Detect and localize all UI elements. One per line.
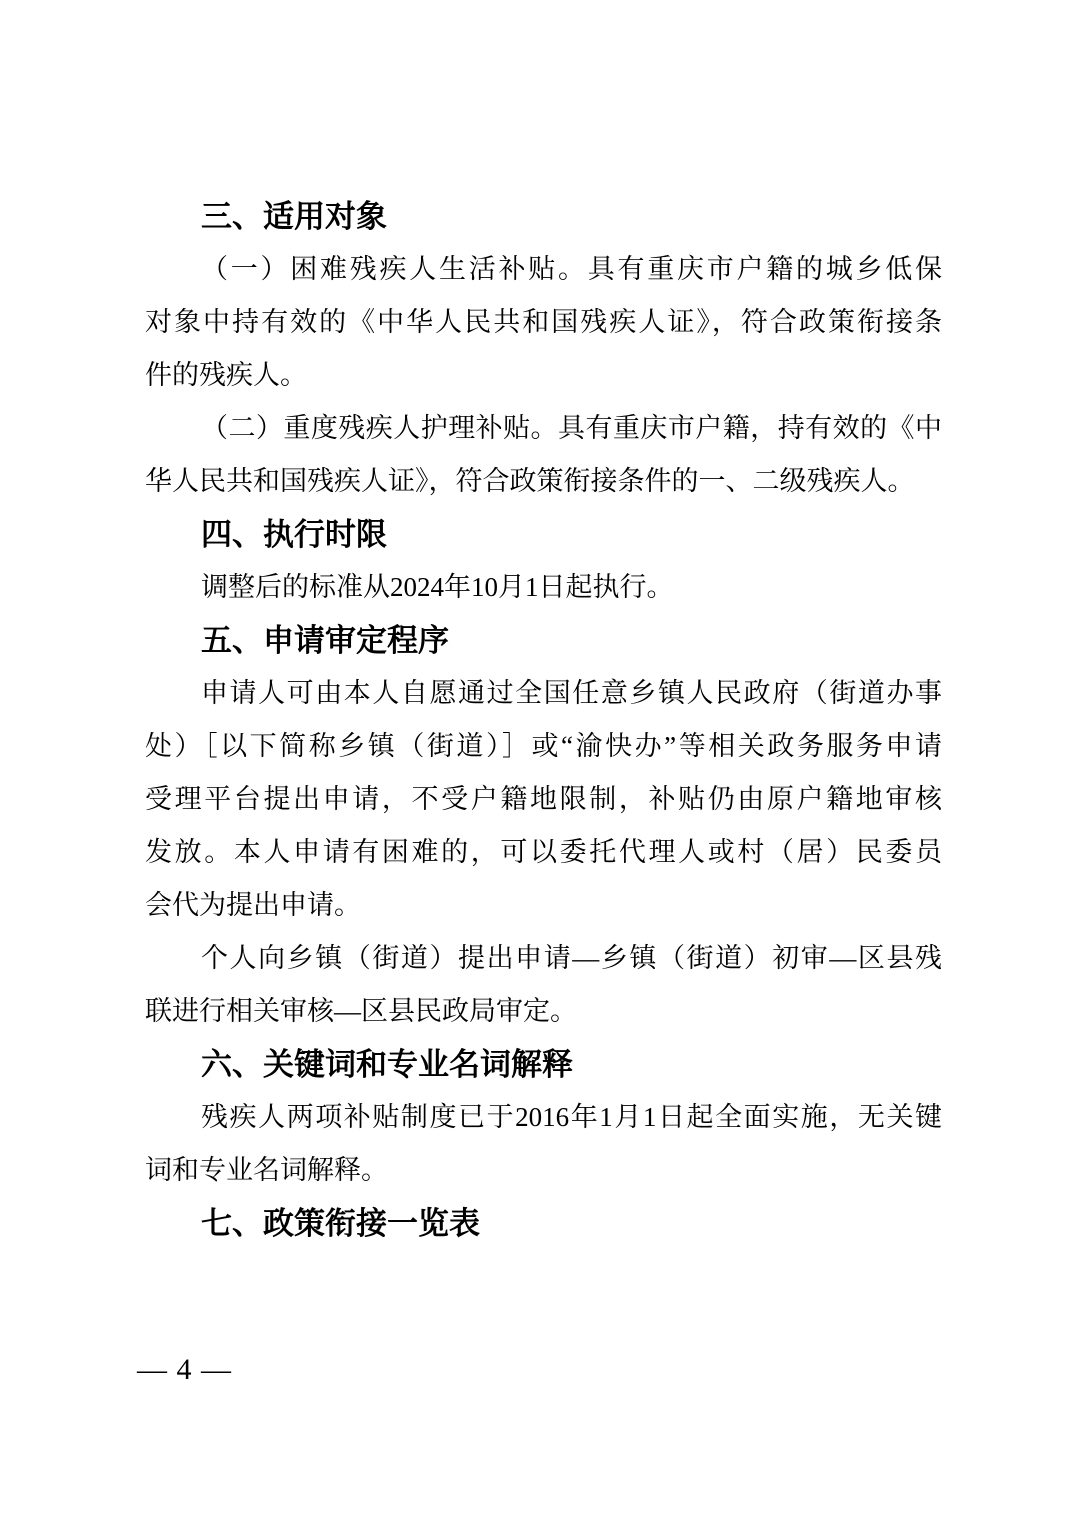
- page-number: — 4 —: [137, 1352, 232, 1388]
- paragraph-line: 词和专业名词解释。: [145, 1144, 942, 1197]
- document-content: 三、适用对象（一）困难残疾人生活补贴。具有重庆市户籍的城乡低保对象中持有效的《中…: [145, 190, 942, 1250]
- paragraph-line: 申请人可由本人自愿通过全国任意乡镇人民政府（街道办事: [145, 667, 942, 720]
- paragraph-line: 会代为提出申请。: [145, 879, 942, 932]
- document-page: 三、适用对象（一）困难残疾人生活补贴。具有重庆市户籍的城乡低保对象中持有效的《中…: [0, 0, 1074, 1520]
- paragraph-line: 残疾人两项补贴制度已于2016年1月1日起全面实施，无关键: [145, 1091, 942, 1144]
- section-heading: 三、适用对象: [145, 190, 942, 243]
- paragraph-line: （二）重度残疾人护理补贴。具有重庆市户籍，持有效的《中: [145, 402, 942, 455]
- section-heading: 四、执行时限: [145, 508, 942, 561]
- section-heading: 六、关键词和专业名词解释: [145, 1038, 942, 1091]
- paragraph-line: 发放。本人申请有困难的，可以委托代理人或村（居）民委员: [145, 826, 942, 879]
- paragraph-line: 个人向乡镇（街道）提出申请—乡镇（街道）初审—区县残: [145, 932, 942, 985]
- paragraph-line: 处）［以下简称乡镇（街道）］或“渝快办”等相关政务服务申请: [145, 720, 942, 773]
- paragraph-line: 对象中持有效的《中华人民共和国残疾人证》，符合政策衔接条: [145, 296, 942, 349]
- section-heading: 五、申请审定程序: [145, 614, 942, 667]
- paragraph-line: 华人民共和国残疾人证》，符合政策衔接条件的一、二级残疾人。: [145, 455, 942, 508]
- paragraph-line: 件的残疾人。: [145, 349, 942, 402]
- paragraph-line: 受理平台提出申请，不受户籍地限制，补贴仍由原户籍地审核: [145, 773, 942, 826]
- paragraph-line: （一）困难残疾人生活补贴。具有重庆市户籍的城乡低保: [145, 243, 942, 296]
- paragraph-line: 联进行相关审核—区县民政局审定。: [145, 985, 942, 1038]
- paragraph-line: 调整后的标准从2024年10月1日起执行。: [145, 561, 942, 614]
- section-heading: 七、政策衔接一览表: [145, 1197, 942, 1250]
